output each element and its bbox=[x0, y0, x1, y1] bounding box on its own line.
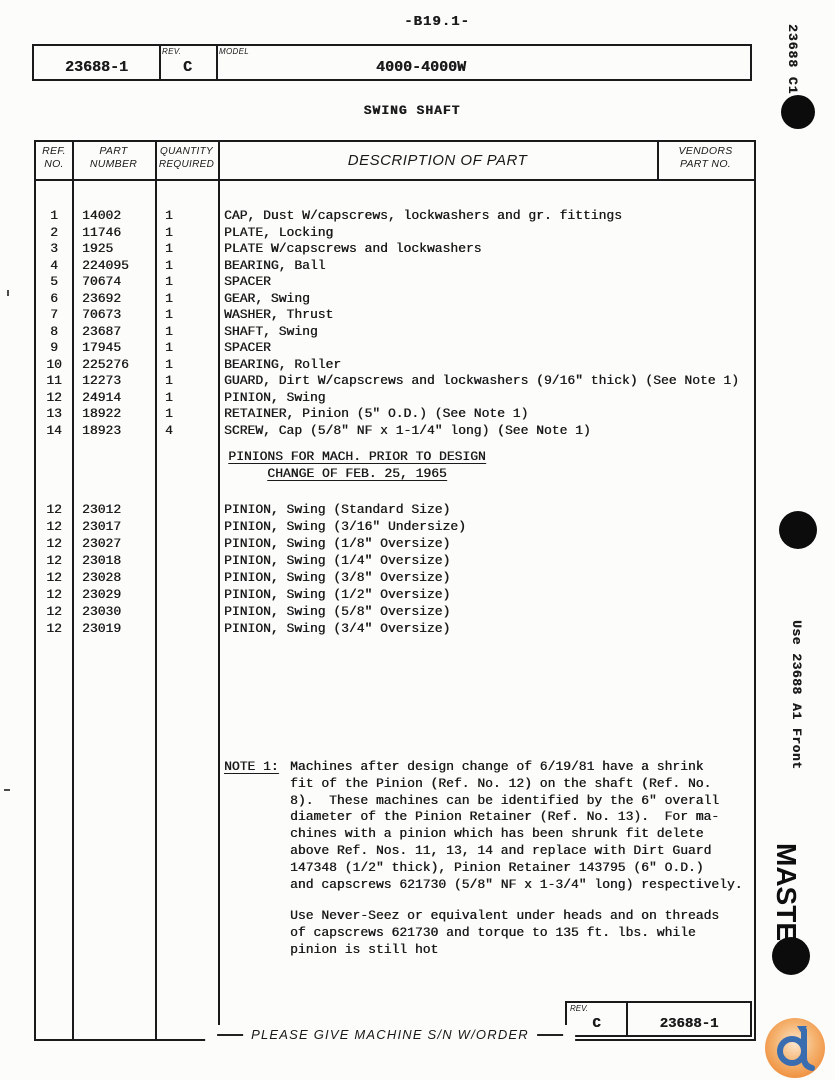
cell-quantity: 1 bbox=[165, 208, 173, 223]
cell-part-number: 23019 bbox=[82, 621, 121, 636]
table-row: 6 23692 1 GEAR, Swing bbox=[36, 291, 754, 308]
cell-part-number: 12273 bbox=[82, 373, 121, 388]
cell-part-number: 23017 bbox=[82, 519, 121, 534]
pinion-parts-rows: 12 23012 PINION, Swing (Standard Size) 1… bbox=[36, 502, 754, 638]
note-text-line: 8). These machines can be identified by … bbox=[290, 793, 742, 810]
cell-ref-no: 13 bbox=[36, 406, 72, 421]
table-row: 12 23012 PINION, Swing (Standard Size) bbox=[36, 502, 754, 519]
cell-description: SPACER bbox=[224, 274, 271, 289]
cell-description: BEARING, Ball bbox=[224, 258, 325, 273]
table-row: 8 23687 1 SHAFT, Swing bbox=[36, 324, 754, 341]
pinion-section-heading: PINIONS FOR MACH. PRIOR TO DESIGN CHANGE… bbox=[224, 448, 490, 482]
title-block-drawing-number-cell: 23688-1 bbox=[34, 46, 161, 79]
table-row: 12 23018 PINION, Swing (1/4" Oversize) bbox=[36, 553, 754, 570]
cell-part-number: 23027 bbox=[82, 536, 121, 551]
cell-ref-no: 4 bbox=[36, 258, 72, 273]
cell-ref-no: 2 bbox=[36, 225, 72, 240]
cell-ref-no: 12 bbox=[36, 587, 72, 602]
cell-description: SHAFT, Swing bbox=[224, 324, 318, 339]
cell-ref-no: 12 bbox=[36, 390, 72, 405]
rev-label: REV. bbox=[162, 47, 181, 56]
table-row: 9 17945 1 SPACER bbox=[36, 340, 754, 357]
title-block-rev-cell: REV. C bbox=[159, 46, 218, 79]
scan-speck bbox=[7, 290, 9, 296]
cell-part-number: 224095 bbox=[82, 258, 129, 273]
table-row: 7 70673 1 WASHER, Thrust bbox=[36, 307, 754, 324]
cell-part-number: 23018 bbox=[82, 553, 121, 568]
cell-ref-no: 12 bbox=[36, 621, 72, 636]
cell-ref-no: 6 bbox=[36, 291, 72, 306]
header-quantity-required: QUANTITY REQUIRED bbox=[155, 145, 218, 171]
bottom-rev-label: REV. bbox=[570, 1004, 588, 1013]
punch-hole-mark bbox=[779, 511, 817, 549]
header-ref-no: REF. NO. bbox=[36, 145, 72, 171]
cell-part-number: 17945 bbox=[82, 340, 121, 355]
title-block: 23688-1 REV. C MODEL 4000-4000W bbox=[32, 44, 752, 81]
header-vendors-part-no: VENDORS PART NO. bbox=[657, 145, 754, 171]
cell-description: WASHER, Thrust bbox=[224, 307, 333, 322]
cell-quantity: 1 bbox=[165, 390, 173, 405]
table-row: 12 23030 PINION, Swing (5/8" Oversize) bbox=[36, 604, 754, 621]
cell-ref-no: 3 bbox=[36, 241, 72, 256]
cell-quantity: 4 bbox=[165, 423, 173, 438]
cell-quantity: 1 bbox=[165, 307, 173, 322]
cell-ref-no: 12 bbox=[36, 570, 72, 585]
bottom-drawing-number: 23688-1 bbox=[628, 1016, 750, 1032]
sheet-title: SWING SHAFT bbox=[364, 103, 461, 118]
note-text-line: of capscrews 621730 and torque to 135 ft… bbox=[290, 924, 719, 941]
cell-part-number: 70674 bbox=[82, 274, 121, 289]
cell-quantity: 1 bbox=[165, 357, 173, 372]
note-paragraph-1: Machines after design change of 6/19/81 … bbox=[290, 759, 742, 893]
note-text-line: Machines after design change of 6/19/81 … bbox=[290, 759, 742, 776]
cell-part-number: 23029 bbox=[82, 587, 121, 602]
cell-part-number: 11746 bbox=[82, 225, 121, 240]
cell-description: PINION, Swing (5/8" Oversize) bbox=[224, 604, 450, 619]
cell-ref-no: 5 bbox=[36, 274, 72, 289]
cell-quantity: 1 bbox=[165, 258, 173, 273]
table-row: 12 23029 PINION, Swing (1/2" Oversize) bbox=[36, 587, 754, 604]
bottom-number-cell: 23688-1 bbox=[628, 1003, 750, 1035]
note-text-line: 147348 (1/2" thick), Pinion Retainer 143… bbox=[290, 860, 742, 877]
cell-part-number: 24914 bbox=[82, 390, 121, 405]
cell-description: PINION, Swing (3/4" Oversize) bbox=[224, 621, 450, 636]
cell-part-number: 18923 bbox=[82, 423, 121, 438]
model-value: 4000-4000W bbox=[216, 59, 750, 76]
header-divider bbox=[36, 179, 754, 181]
footer-dash bbox=[537, 1034, 563, 1036]
cell-part-number: 23012 bbox=[82, 502, 121, 517]
main-parts-rows: 1 14002 1 CAP, Dust W/capscrews, lockwas… bbox=[36, 208, 754, 439]
note-label: NOTE 1: bbox=[224, 759, 279, 774]
page-number: -B19.1- bbox=[404, 14, 470, 30]
header-description: DESCRIPTION OF PART bbox=[218, 154, 657, 167]
title-block-model-cell: MODEL 4000-4000W bbox=[216, 46, 750, 79]
cell-part-number: 70673 bbox=[82, 307, 121, 322]
cell-description: PINION, Swing (3/8" Oversize) bbox=[224, 570, 450, 585]
cell-description: PLATE W/capscrews and lockwashers bbox=[224, 241, 481, 256]
cell-description: CAP, Dust W/capscrews, lockwashers and g… bbox=[224, 208, 622, 223]
table-row: 12 23028 PINION, Swing (3/8" Oversize) bbox=[36, 570, 754, 587]
parts-table: REF. NO. PART NUMBER QUANTITY REQUIRED D… bbox=[34, 140, 756, 1041]
table-row: 2 11746 1 PLATE, Locking bbox=[36, 225, 754, 242]
cell-description: PINION, Swing (Standard Size) bbox=[224, 502, 450, 517]
table-row: 4 224095 1 BEARING, Ball bbox=[36, 258, 754, 275]
cell-ref-no: 12 bbox=[36, 604, 72, 619]
cell-ref-no: 12 bbox=[36, 536, 72, 551]
cell-quantity: 1 bbox=[165, 274, 173, 289]
cell-ref-no: 12 bbox=[36, 553, 72, 568]
punch-hole-mark bbox=[781, 95, 815, 129]
logo-orange-disc bbox=[765, 1018, 825, 1078]
cell-quantity: 1 bbox=[165, 406, 173, 421]
cell-ref-no: 8 bbox=[36, 324, 72, 339]
table-row: 3 1925 1 PLATE W/capscrews and lockwashe… bbox=[36, 241, 754, 258]
cell-ref-no: 7 bbox=[36, 307, 72, 322]
cell-ref-no: 14 bbox=[36, 423, 72, 438]
cell-description: PINION, Swing (3/16" Undersize) bbox=[224, 519, 466, 534]
model-label: MODEL bbox=[219, 47, 249, 56]
footer-note: PLEASE GIVE MACHINE S/N W/ORDER bbox=[205, 1025, 575, 1044]
cell-ref-no: 12 bbox=[36, 502, 72, 517]
note-text-line: fit of the Pinion (Ref. No. 12) on the s… bbox=[290, 776, 742, 793]
note-text-line: above Ref. Nos. 11, 13, 14 and replace w… bbox=[290, 843, 742, 860]
cell-ref-no: 9 bbox=[36, 340, 72, 355]
drawing-number: 23688-1 bbox=[34, 59, 159, 76]
note-text-line: Use Never-Seez or equivalent under heads… bbox=[290, 907, 719, 924]
table-row: 12 24914 1 PINION, Swing bbox=[36, 390, 754, 407]
header-part-number: PART NUMBER bbox=[72, 145, 155, 171]
note-paragraph-2: Use Never-Seez or equivalent under heads… bbox=[290, 907, 719, 958]
cell-quantity: 1 bbox=[165, 241, 173, 256]
cell-quantity: 1 bbox=[165, 373, 173, 388]
cell-part-number: 23028 bbox=[82, 570, 121, 585]
margin-side-note: Use 23688 A1 Front bbox=[789, 620, 804, 769]
scan-speck bbox=[4, 789, 10, 791]
cell-description: SCREW, Cap (5/8" NF x 1-1/4" long) (See … bbox=[224, 423, 591, 438]
table-row: 12 23019 PINION, Swing (3/4" Oversize) bbox=[36, 621, 754, 638]
footer-note-text: PLEASE GIVE MACHINE S/N W/ORDER bbox=[251, 1027, 529, 1042]
cell-part-number: 23687 bbox=[82, 324, 121, 339]
cell-description: RETAINER, Pinion (5" O.D.) (See Note 1) bbox=[224, 406, 528, 421]
rev-value: C bbox=[159, 59, 216, 76]
table-row: 14 18923 4 SCREW, Cap (5/8" NF x 1-1/4" … bbox=[36, 423, 754, 440]
cell-part-number: 23692 bbox=[82, 291, 121, 306]
footer-dash bbox=[217, 1034, 243, 1036]
table-row: 13 18922 1 RETAINER, Pinion (5" O.D.) (S… bbox=[36, 406, 754, 423]
scanned-parts-list-page: -B19.1- 23688-1 REV. C MODEL 4000-4000W … bbox=[0, 0, 835, 1080]
table-row: 11 12273 1 GUARD, Dirt W/capscrews and l… bbox=[36, 373, 754, 390]
cell-part-number: 23030 bbox=[82, 604, 121, 619]
table-row: 12 23027 PINION, Swing (1/8" Oversize) bbox=[36, 536, 754, 553]
note-text-line: diameter of the Pinion Retainer (Ref. No… bbox=[290, 809, 742, 826]
cell-quantity: 1 bbox=[165, 291, 173, 306]
cell-description: SPACER bbox=[224, 340, 271, 355]
cell-description: PLATE, Locking bbox=[224, 225, 333, 240]
bottom-rev-value: C bbox=[567, 1016, 626, 1032]
cell-description: BEARING, Roller bbox=[224, 357, 341, 372]
cell-description: GUARD, Dirt W/capscrews and lockwashers … bbox=[224, 373, 739, 388]
cell-description: PINION, Swing (1/2" Oversize) bbox=[224, 587, 450, 602]
cell-quantity: 1 bbox=[165, 324, 173, 339]
cell-quantity: 1 bbox=[165, 225, 173, 240]
bottom-rev-box: REV. C 23688-1 bbox=[565, 1001, 752, 1037]
cell-description: PINION, Swing (1/8" Oversize) bbox=[224, 536, 450, 551]
note-text-line: and capscrews 621730 (5/8" NF x 1-3/4" l… bbox=[290, 877, 742, 894]
cell-description: PINION, Swing bbox=[224, 390, 325, 405]
cell-ref-no: 11 bbox=[36, 373, 72, 388]
cell-part-number: 225276 bbox=[82, 357, 129, 372]
bottom-rev-cell: REV. C bbox=[567, 1003, 628, 1035]
cell-description: PINION, Swing (1/4" Oversize) bbox=[224, 553, 450, 568]
cell-ref-no: 1 bbox=[36, 208, 72, 223]
table-row: 10 225276 1 BEARING, Roller bbox=[36, 357, 754, 374]
cell-ref-no: 12 bbox=[36, 519, 72, 534]
cell-quantity: 1 bbox=[165, 340, 173, 355]
cell-part-number: 1925 bbox=[82, 241, 113, 256]
table-row: 12 23017 PINION, Swing (3/16" Undersize) bbox=[36, 519, 754, 536]
table-row: 1 14002 1 CAP, Dust W/capscrews, lockwas… bbox=[36, 208, 754, 225]
cell-ref-no: 10 bbox=[36, 357, 72, 372]
note-text-line: chines with a pinion which has been shru… bbox=[290, 826, 742, 843]
table-row: 5 70674 1 SPACER bbox=[36, 274, 754, 291]
cell-description: GEAR, Swing bbox=[224, 291, 310, 306]
note-text-line: pinion is still hot bbox=[290, 941, 719, 958]
cell-part-number: 18922 bbox=[82, 406, 121, 421]
punch-hole-mark bbox=[772, 937, 810, 975]
cell-part-number: 14002 bbox=[82, 208, 121, 223]
watermark-logo bbox=[763, 1018, 827, 1080]
margin-top-code: 23688 C1 bbox=[785, 24, 800, 94]
